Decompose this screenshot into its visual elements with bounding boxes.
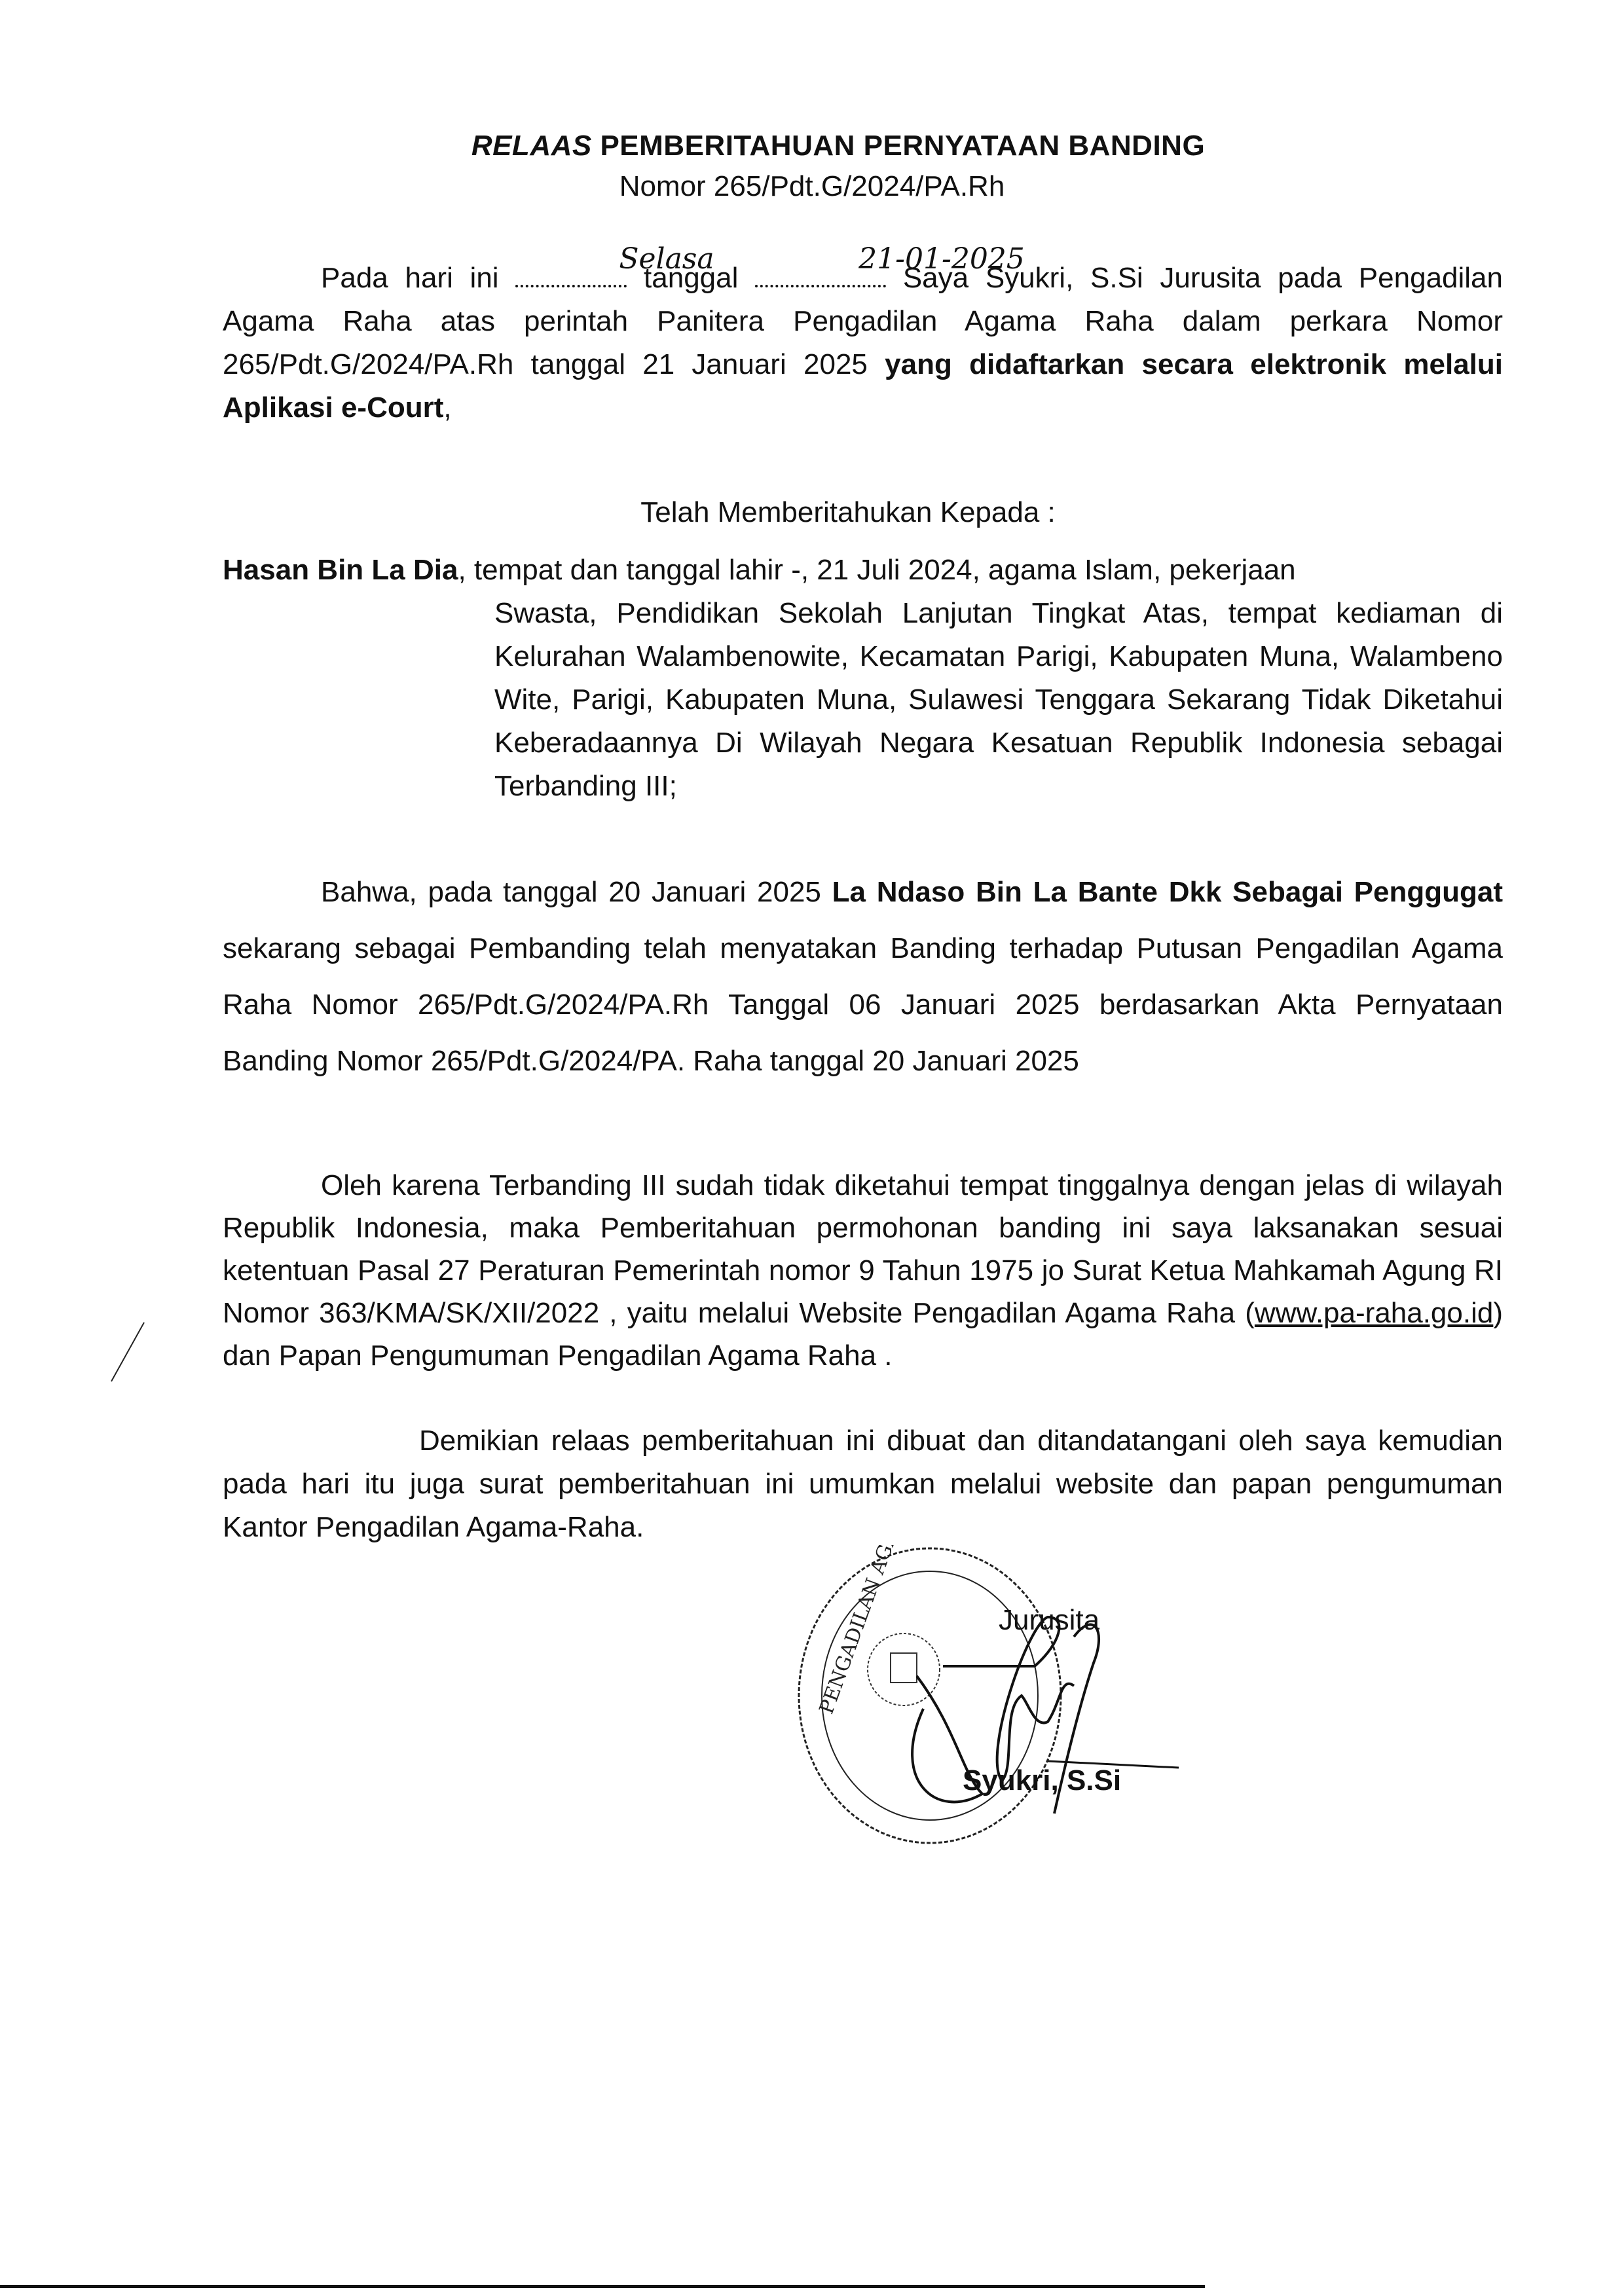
bahwa-text-1: Bahwa, pada tanggal 20 Januari 2025 <box>321 876 832 908</box>
title-italic: RELAAS <box>471 130 592 162</box>
oleh-paragraph: Oleh karena Terbanding III sudah tidak d… <box>223 1164 1503 1377</box>
signature-role: Jurusita <box>999 1604 1099 1637</box>
margin-mark-icon <box>105 1309 157 1388</box>
signature-name: Syukri, S.Si <box>963 1764 1121 1797</box>
svg-text:PENGADILAN AGAMA: PENGADILAN AGAMA <box>815 1545 915 1717</box>
demikian-paragraph: Demikian relaas pemberitahuan ini dibuat… <box>223 1419 1503 1549</box>
scan-edge-line <box>0 2285 1205 2288</box>
intro-paragraph: Pada hari ini Selasa tanggal 21-01-2025 … <box>223 257 1503 429</box>
party-first-line-rest: , tempat dan tanggal lahir -, 21 Juli 20… <box>458 554 1295 586</box>
party-details: Swasta, Pendidikan Sekolah Lanjutan Ting… <box>494 592 1503 808</box>
website-link[interactable]: www.pa-raha.go.id <box>1255 1297 1493 1329</box>
party-first-line: Hasan Bin La Dia, tempat dan tanggal lah… <box>223 549 1503 592</box>
party-name: Hasan Bin La Dia <box>223 554 458 586</box>
notified-heading: Telah Memberitahukan Kepada : <box>0 496 1624 529</box>
case-number: Nomor 265/Pdt.G/2024/PA.Rh <box>0 170 1624 203</box>
intro-text-1: Pada hari ini <box>321 262 515 294</box>
bahwa-text-2: sekarang sebagai Pembanding telah menyat… <box>223 932 1503 1077</box>
title-rest: PEMBERITAHUAN PERNYATAAN BANDING <box>592 130 1205 162</box>
signature-block: PENGADILAN AGAMA Jurusita Syukri, S.Si <box>786 1545 1211 1846</box>
bahwa-paragraph: Bahwa, pada tanggal 20 Januari 2025 La N… <box>223 864 1503 1089</box>
document-page: RELAAS PEMBERITAHUAN PERNYATAAN BANDING … <box>0 0 1624 2296</box>
day-handwritten: Selasa <box>521 238 714 281</box>
day-field: Selasa <box>515 260 627 287</box>
date-field: 21-01-2025 <box>755 260 886 287</box>
court-stamp-icon: PENGADILAN AGAMA <box>786 1545 1211 1846</box>
intro-end: , <box>443 392 451 424</box>
bahwa-bold: La Ndaso Bin La Bante Dkk Sebagai Penggu… <box>832 876 1503 908</box>
date-handwritten: 21-01-2025 <box>760 238 1025 281</box>
party-block: Hasan Bin La Dia, tempat dan tanggal lah… <box>223 549 1503 808</box>
document-title: RELAAS PEMBERITAHUAN PERNYATAAN BANDING <box>0 130 1624 162</box>
